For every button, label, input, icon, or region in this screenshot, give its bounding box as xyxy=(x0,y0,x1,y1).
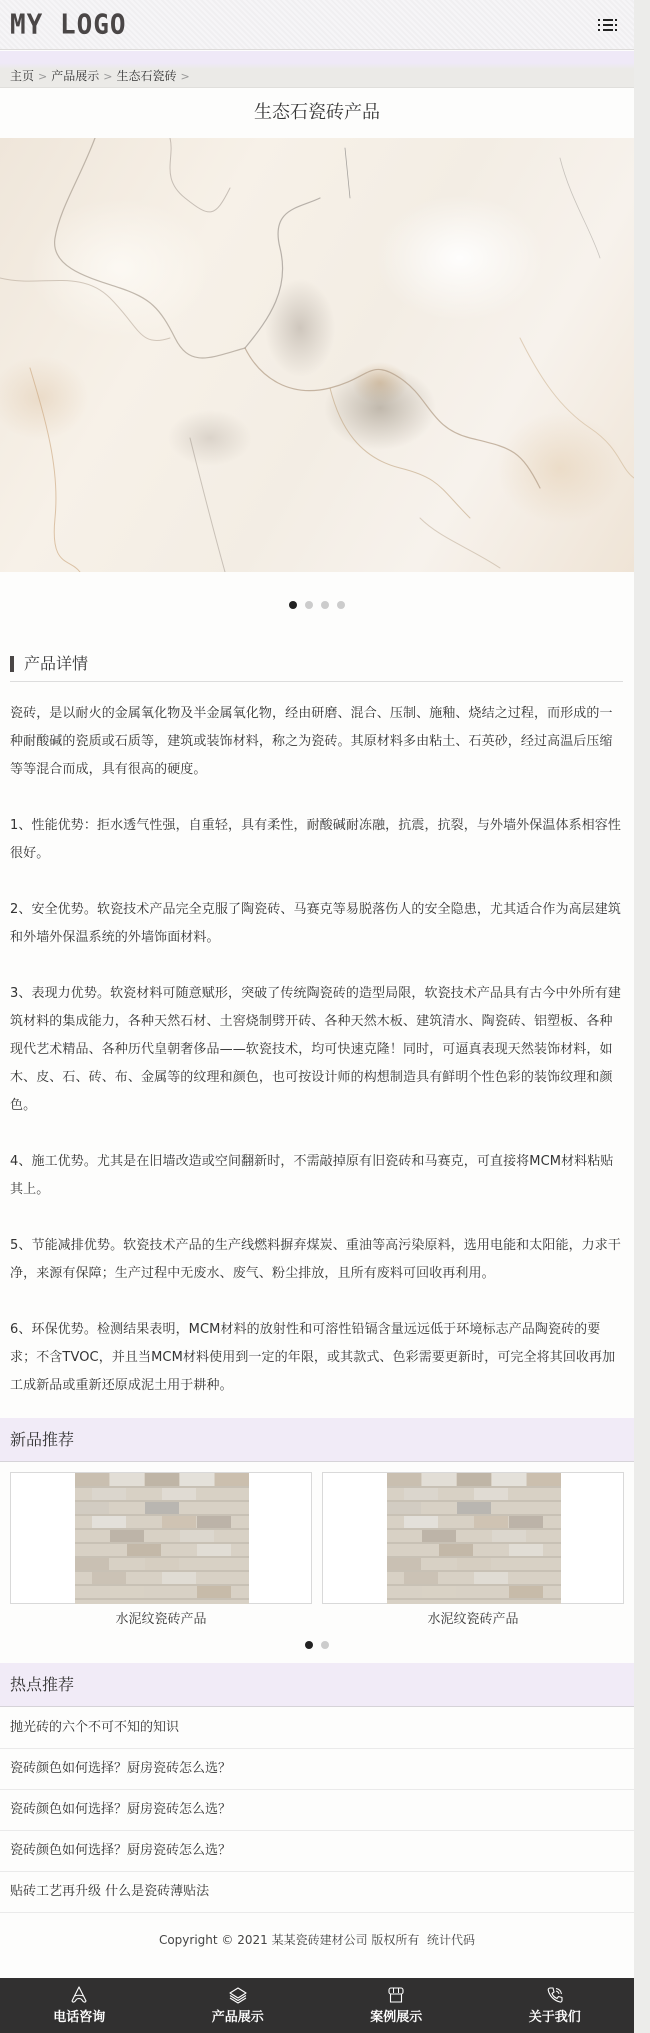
banner-pagination xyxy=(0,601,634,609)
copyright-text: Copyright © 2021 某某瓷砖建材公司 版权所有 xyxy=(159,1933,419,1947)
products-pagination xyxy=(0,1641,634,1649)
nav-label: 电话咨询 xyxy=(0,2009,159,2027)
breadcrumb-products[interactable]: 产品展示 xyxy=(51,69,99,83)
products-dot-2[interactable] xyxy=(321,1641,329,1649)
new-products-header: 新品推荐 xyxy=(0,1418,634,1462)
banner-dot-4[interactable] xyxy=(337,601,345,609)
phone-consult-icon xyxy=(69,1985,89,2005)
nav-label: 案例展示 xyxy=(317,2009,476,2027)
breadcrumb-eco-stone-tile[interactable]: 生态石瓷砖 xyxy=(116,69,176,83)
nav-products[interactable]: 产品展示 xyxy=(159,1978,318,2033)
product-detail-content: 瓷砖，是以耐火的金属氧化物及半金属氧化物，经由研磨、混合、压制、施釉、烧结之过程… xyxy=(10,700,624,1428)
brick-pattern xyxy=(387,1473,561,1604)
detail-paragraph-3: 3、表现力优势。软瓷材料可随意赋形，突破了传统陶瓷砖的造型局限，软瓷技术产品具有… xyxy=(10,980,624,1120)
page-title: 生态石瓷砖产品 xyxy=(0,100,634,126)
products-dot-1[interactable] xyxy=(305,1641,313,1649)
breadcrumb-home[interactable]: 主页 xyxy=(10,69,34,83)
banner-dot-2[interactable] xyxy=(305,601,313,609)
heading-accent-bar xyxy=(10,656,14,672)
phone-call-icon xyxy=(545,1985,565,2005)
breadcrumb-separator: > xyxy=(38,70,47,83)
storefront-icon xyxy=(386,1985,406,2005)
product-image-cement-brick-tile xyxy=(75,1473,249,1604)
breadcrumb-separator: > xyxy=(103,70,112,83)
detail-paragraph-intro: 瓷砖，是以耐火的金属氧化物及半金属氧化物，经由研磨、混合、压制、施釉、烧结之过程… xyxy=(10,700,624,784)
product-image-frame xyxy=(322,1472,624,1604)
hot-article-link[interactable]: 贴砖工艺再升级 什么是瓷砖薄贴法 xyxy=(0,1872,634,1913)
detail-paragraph-4: 4、施工优势。尤其是在旧墙改造或空间翻新时，不需敲掉原有旧瓷砖和马赛克，可直接将… xyxy=(10,1148,624,1204)
product-caption[interactable]: 水泥纹瓷砖产品 xyxy=(10,1610,312,1630)
page: MY LOGO 主页>产品展示>生态石瓷砖> 生态石瓷砖产品 xyxy=(0,0,634,2033)
brick-pattern xyxy=(75,1473,249,1604)
new-products-carousel: 水泥纹瓷砖产品 xyxy=(10,1472,624,1652)
hot-article-link[interactable]: 瓷砖颜色如何选择？厨房瓷砖怎么选？ xyxy=(0,1831,634,1872)
nav-cases[interactable]: 案例展示 xyxy=(317,1978,476,2033)
product-detail-heading: 产品详情 xyxy=(10,652,623,682)
product-detail-heading-text: 产品详情 xyxy=(24,653,88,675)
banner-carousel-image[interactable] xyxy=(0,138,634,572)
product-image-frame xyxy=(10,1472,312,1604)
footer-copyright: Copyright © 2021 某某瓷砖建材公司 版权所有 统计代码 xyxy=(0,1931,634,1949)
detail-paragraph-1: 1、性能优势：拒水透气性强，自重轻，具有柔性，耐酸碱耐冻融，抗震，抗裂，与外墙外… xyxy=(10,812,624,868)
banner-dot-3[interactable] xyxy=(321,601,329,609)
nav-about-us[interactable]: 关于我们 xyxy=(476,1978,635,2033)
product-card[interactable]: 水泥纹瓷砖产品 xyxy=(322,1472,624,1630)
menu-button[interactable] xyxy=(598,16,618,34)
detail-paragraph-5: 5、节能减排优势。软瓷技术产品的生产线燃料摒弃煤炭、重油等高污染原料，选用电能和… xyxy=(10,1232,624,1288)
breadcrumb-separator: > xyxy=(180,70,189,83)
scrollbar-track[interactable] xyxy=(634,0,650,2033)
product-caption[interactable]: 水泥纹瓷砖产品 xyxy=(322,1610,624,1630)
hot-article-link[interactable]: 瓷砖颜色如何选择？厨房瓷砖怎么选？ xyxy=(0,1749,634,1790)
layers-icon xyxy=(228,1985,248,2005)
breadcrumb: 主页>产品展示>生态石瓷砖> xyxy=(0,51,634,88)
site-header: MY LOGO xyxy=(0,0,634,50)
nav-label: 关于我们 xyxy=(476,2009,635,2027)
hot-article-link[interactable]: 瓷砖颜色如何选择？厨房瓷砖怎么选？ xyxy=(0,1790,634,1831)
marble-texture xyxy=(0,138,634,572)
detail-paragraph-2: 2、安全优势。软瓷技术产品完全克服了陶瓷砖、马赛克等易脱落伤人的安全隐患，尤其适… xyxy=(10,896,624,952)
hot-article-list: 抛光砖的六个不可不知的知识 瓷砖颜色如何选择？厨房瓷砖怎么选？ 瓷砖颜色如何选择… xyxy=(0,1708,634,1913)
product-card[interactable]: 水泥纹瓷砖产品 xyxy=(10,1472,312,1630)
bottom-navigation: 电话咨询 产品展示 案例展示 关于我们 xyxy=(0,1978,634,2033)
stats-code-link[interactable]: 统计代码 xyxy=(427,1933,475,1947)
banner-dot-1[interactable] xyxy=(289,601,297,609)
hot-article-link[interactable]: 抛光砖的六个不可不知的知识 xyxy=(0,1708,634,1749)
nav-label: 产品展示 xyxy=(159,2009,318,2027)
hot-recommend-heading: 热点推荐 xyxy=(10,1674,74,1696)
product-image-cement-brick-tile xyxy=(387,1473,561,1604)
detail-paragraph-6: 6、环保优势。检测结果表明，MCM材料的放射性和可溶性铅镉含量远远低于环境标志产… xyxy=(10,1316,624,1400)
new-products-heading: 新品推荐 xyxy=(10,1429,74,1451)
nav-phone-consult[interactable]: 电话咨询 xyxy=(0,1978,159,2033)
hot-recommend-header: 热点推荐 xyxy=(0,1663,634,1707)
site-logo[interactable]: MY LOGO xyxy=(10,11,127,38)
